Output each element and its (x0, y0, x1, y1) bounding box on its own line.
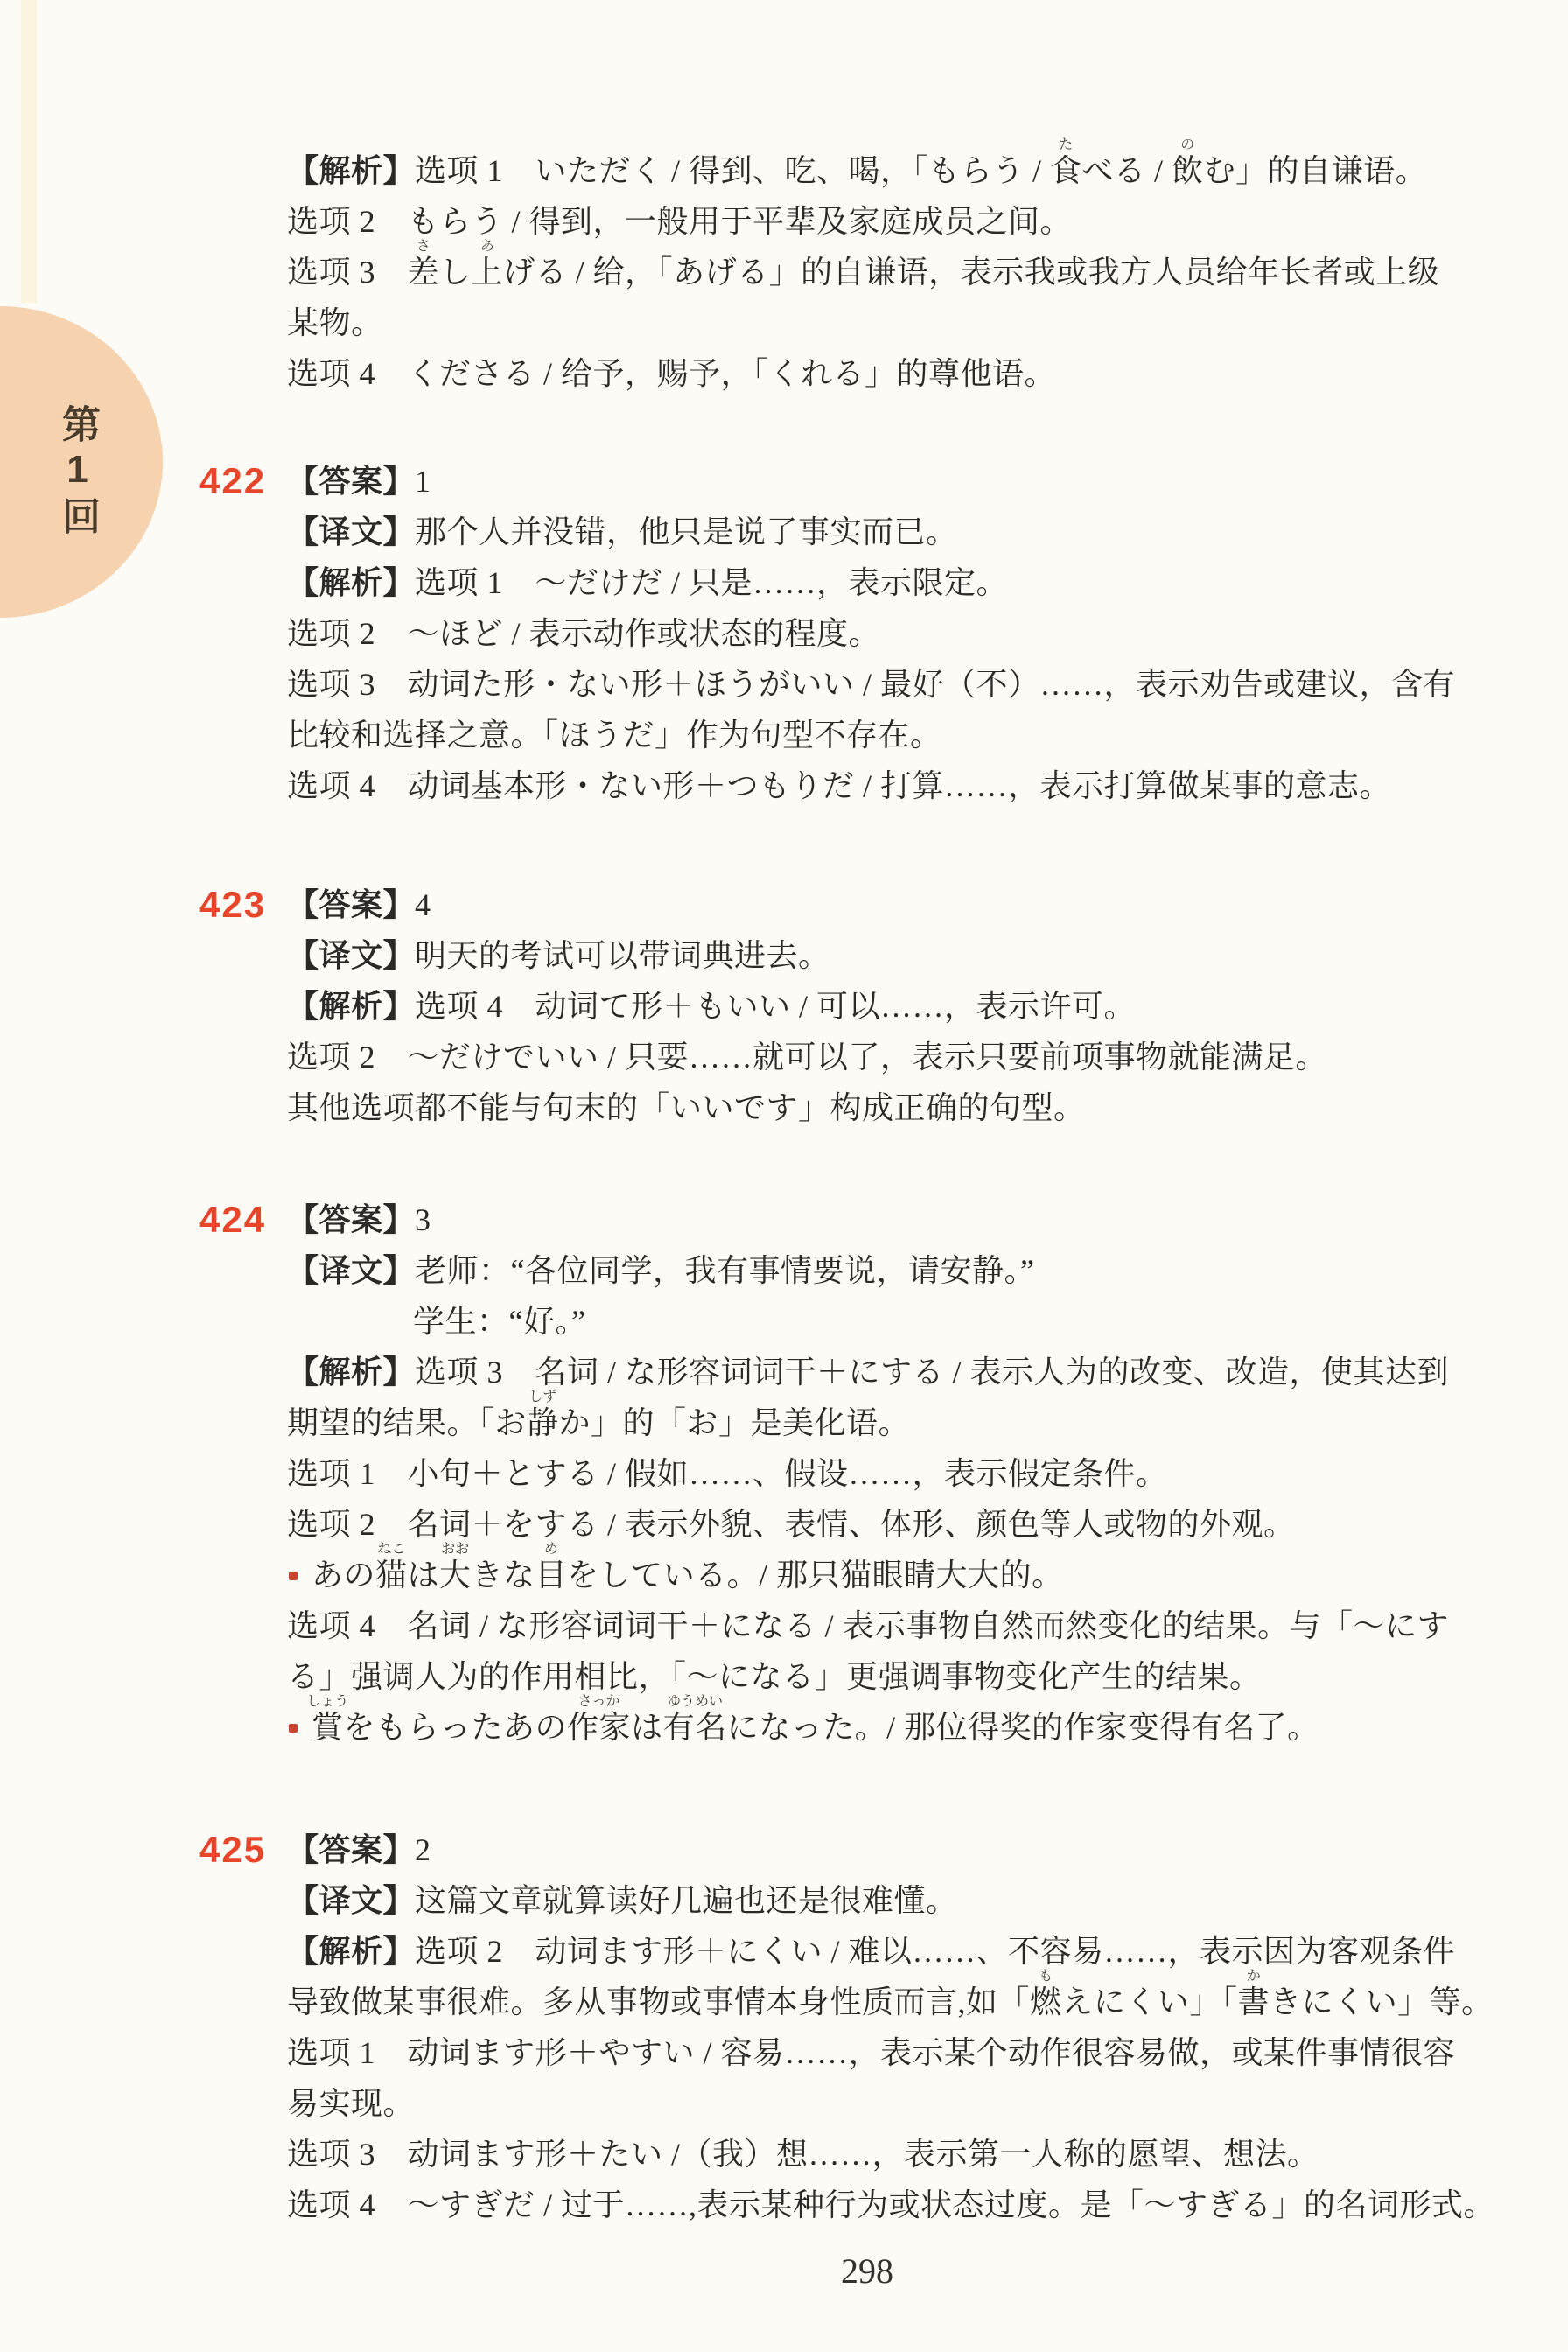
text-line: 选项 4 动词基本形・ない形＋つもりだ / 打算……，表示打算做某事的意志。 (287, 760, 1538, 811)
furigana: め (544, 1543, 558, 1557)
text-line: 【解析】选项 2 动词ます形＋にくい / 难以……、不容易……，表示因为客观条件 (287, 1926, 1538, 1977)
text-line: あのねこ猫はおお大きなめ目をしている。/ 那只猫眼睛大大的。 (287, 1550, 1538, 1600)
furigana: た (1059, 138, 1073, 152)
answer-block-425: 425【答案】2【译文】这篇文章就算读好几遍也还是很难懂。【解析】选项 2 动词… (287, 1824, 1538, 2230)
text-line: 【译文】那个人并没错，他只是说了事实而已。 (287, 507, 1538, 557)
ruby-word: た食 (1050, 145, 1082, 196)
answer-key-content: 【解析】选项 1 いただく / 得到、吃、喝，「もらう / た食べる / の飲む… (0, 0, 1568, 2352)
ruby-word: の飲 (1172, 145, 1204, 196)
text-line: 比较和选择之意。「ほうだ」作为句型不存在。 (287, 710, 1538, 760)
text-line: 【译文】明天的考试可以带词典进去。 (287, 930, 1538, 981)
furigana: しず (528, 1390, 556, 1404)
text-line: 【解析】选项 3 名词 / な形容词词干＋にする / 表示人为的改变、改造，使其… (287, 1347, 1538, 1397)
ruby-word: あ上 (472, 247, 504, 297)
furigana: も (1039, 1970, 1053, 1984)
furigana: ゆうめい (667, 1695, 723, 1709)
section-marker: 【译文】 (287, 1883, 415, 1918)
text-line: 【答案】4 (287, 879, 1538, 930)
section-marker: 【解析】 (287, 1934, 415, 1969)
text-line: 【解析】选项 1 ～だけだ / 只是……，表示限定。 (287, 557, 1538, 608)
furigana: か (1247, 1970, 1261, 1984)
section-marker: 【答案】 (287, 1832, 415, 1867)
section-marker: 【解析】 (287, 1354, 415, 1389)
text-line: 【译文】老师：“各位同学，我有事情要说，请安静。” (287, 1245, 1538, 1296)
question-number: 425 (199, 1830, 266, 1869)
furigana: あ (480, 240, 494, 254)
section-marker: 【译文】 (287, 1253, 415, 1288)
text-line: 选项 2 もらう / 得到，一般用于平辈及家庭成员之间。 (287, 196, 1538, 247)
section-marker: 【解析】 (287, 565, 415, 600)
furigana: ねこ (377, 1543, 405, 1557)
text-line: 选项 4 くださる / 给予，赐予，「くれる」的尊他语。 (287, 348, 1538, 399)
question-number: 424 (199, 1200, 266, 1239)
example-bullet (289, 1571, 297, 1580)
text-line: 选项 1 动词ます形＋やすい / 容易……，表示某个动作很容易做，或某件事情很容 (287, 2027, 1538, 2078)
text-line: 【答案】2 (287, 1824, 1538, 1875)
answer-block-424: 424【答案】3【译文】老师：“各位同学，我有事情要说，请安静。”学生：“好。”… (287, 1194, 1538, 1753)
answer-block: 【解析】选项 1 いただく / 得到、吃、喝，「もらう / た食べる / の飲む… (287, 145, 1538, 399)
text-line: 【译文】这篇文章就算读好几遍也还是很难懂。 (287, 1875, 1538, 1926)
section-marker: 【译文】 (287, 514, 415, 549)
ruby-word: か書 (1238, 1977, 1270, 2027)
text-line: 【答案】1 (287, 456, 1538, 507)
text-line: 选项 1 小句＋とする / 假如……、假设……，表示假定条件。 (287, 1448, 1538, 1499)
furigana: しょう (306, 1695, 348, 1709)
text-line: 其他选项都不能与句末的「いいです」构成正确的句型。 (287, 1082, 1538, 1133)
furigana: おお (441, 1543, 469, 1557)
furigana: さっか (578, 1695, 620, 1709)
section-marker: 【答案】 (287, 464, 415, 499)
text-line: 选项 3 さ差しあ上げる / 给，「あげる」的自谦语，表示我或我方人员给年长者或… (287, 247, 1538, 297)
ruby-word: おお大 (439, 1550, 472, 1600)
ruby-word: さっか作家 (567, 1702, 631, 1753)
question-number: 422 (199, 462, 266, 500)
text-line: 选项 3 动词ます形＋たい /（我）想……，表示第一人称的愿望、想法。 (287, 2129, 1538, 2180)
text-line: 导致做某事很难。多从事物或事情本身性质而言,如「も燃えにくい」「か書きにくい」等… (287, 1977, 1538, 2027)
text-line: 选项 2 ～ほど / 表示动作或状态的程度。 (287, 608, 1538, 659)
text-line: 某物。 (287, 297, 1538, 348)
example-bullet (289, 1724, 297, 1732)
section-marker: 【答案】 (287, 1202, 415, 1237)
text-line: 【解析】选项 1 いただく / 得到、吃、喝，「もらう / た食べる / の飲む… (287, 145, 1538, 196)
text-line: 选项 2 名词＋をする / 表示外貌、表情、体形、颜色等人或物的外观。 (287, 1499, 1538, 1550)
text-line: 学生：“好。” (287, 1296, 1538, 1347)
question-number: 423 (199, 885, 266, 924)
text-line: 期望的结果。「おしず静か」的「お」是美化语。 (287, 1397, 1538, 1448)
ruby-word: め目 (535, 1550, 568, 1600)
furigana: さ (416, 240, 430, 254)
ruby-word: しょう賞 (311, 1702, 344, 1753)
text-line: 选项 4 名词 / な形容词词干＋になる / 表示事物自然而然变化的结果。与「～… (287, 1600, 1538, 1651)
ruby-word: しず静 (527, 1397, 559, 1448)
ruby-word: ゆうめい有名 (663, 1702, 727, 1753)
section-marker: 【解析】 (287, 153, 415, 188)
ruby-word: も燃 (1030, 1977, 1062, 2027)
answer-block-423: 423【答案】4【译文】明天的考试可以带词典进去。【解析】选项 4 动词て形＋も… (287, 879, 1538, 1133)
text-line: 易实现。 (287, 2078, 1538, 2129)
text-line: 选项 2 ～だけでいい / 只要……就可以了，表示只要前项事物就能满足。 (287, 1032, 1538, 1082)
section-marker: 【译文】 (287, 938, 415, 973)
text-line: しょう賞をもらったあのさっか作家はゆうめい有名になった。/ 那位得奖的作家变得有… (287, 1702, 1538, 1753)
ruby-word: さ差 (408, 247, 440, 297)
text-line: 【解析】选项 4 动词て形＋もいい / 可以……，表示许可。 (287, 981, 1538, 1032)
furigana: の (1180, 138, 1194, 152)
book-page: 第1回 【解析】选项 1 いただく / 得到、吃、喝，「もらう / た食べる /… (0, 0, 1568, 2352)
page-number: 298 (83, 2250, 1568, 2292)
text-line: 选项 3 动词た形・ない形＋ほうがいい / 最好（不）……，表示劝告或建议，含有 (287, 659, 1538, 710)
section-marker: 【答案】 (287, 887, 415, 922)
text-line: 【答案】3 (287, 1194, 1538, 1245)
section-marker: 【解析】 (287, 989, 415, 1024)
text-line: 选项 4 ～すぎだ / 过于……,表示某种行为或状态过度。是「～すぎる」的名词形… (287, 2180, 1538, 2230)
text-line: る」强调人为的作用相比，「～になる」更强调事物变化产生的结果。 (287, 1651, 1538, 1702)
ruby-word: ねこ猫 (375, 1550, 408, 1600)
answer-block-422: 422【答案】1【译文】那个人并没错，他只是说了事实而已。【解析】选项 1 ～だ… (287, 456, 1538, 811)
